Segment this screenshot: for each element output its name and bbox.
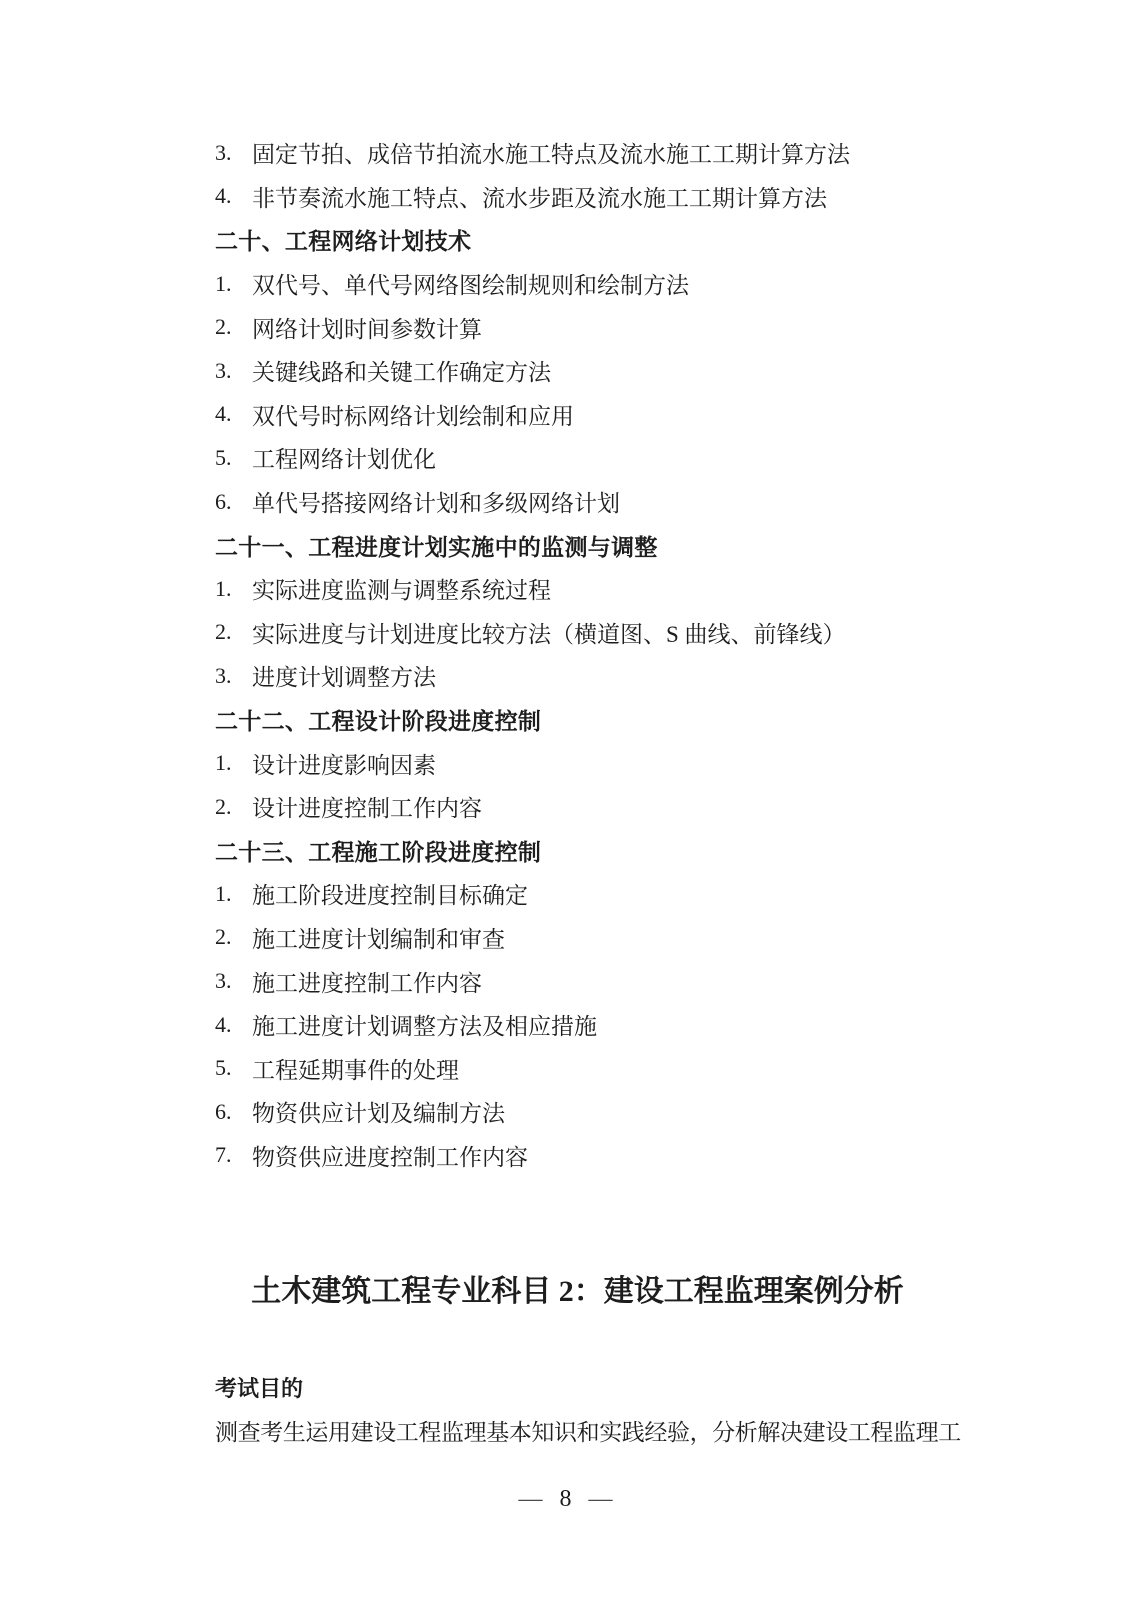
list-item: 1. 设计进度影响因素 [215,741,960,785]
page-number: 8 [560,1486,572,1512]
list-item: 3. 关键线路和关键工作确定方法 [215,349,960,393]
list-item-text: 进度计划调整方法 [252,659,436,692]
list-item-number: 4. [215,183,252,209]
footer-dash: — [519,1486,543,1512]
list-item-number: 5. [215,1055,252,1081]
section-heading: 二十一、工程进度计划实施中的监测与调整 [215,523,960,567]
section-heading: 二十三、工程施工阶段进度控制 [215,829,960,873]
list-item-number: 6. [215,1099,252,1125]
list-item-text: 网络计划时间参数计算 [252,311,482,344]
list-item: 6. 物资供应计划及编制方法 [215,1090,960,1134]
list-item: 2. 实际进度与计划进度比较方法（横道图、S 曲线、前锋线） [215,611,960,655]
list-item-number: 2. [215,314,252,340]
list-item-number: 3. [215,140,252,166]
list-item: 7. 物资供应进度控制工作内容 [215,1134,960,1178]
list-item-number: 1. [215,750,252,776]
list-item-text: 实际进度监测与调整系统过程 [252,572,551,605]
list-item: 2. 施工进度计划编制和审查 [215,916,960,960]
list-item-number: 4. [215,401,252,427]
list-item-number: 1. [215,881,252,907]
list-item-text: 施工阶段进度控制目标确定 [252,877,528,910]
list-item: 2. 网络计划时间参数计算 [215,305,960,349]
list-item: 1. 实际进度监测与调整系统过程 [215,567,960,611]
list-item-text: 设计进度控制工作内容 [252,790,482,823]
list-item-number: 1. [215,576,252,602]
list-item-text: 施工进度计划调整方法及相应措施 [252,1008,597,1041]
list-item: 4. 施工进度计划调整方法及相应措施 [215,1003,960,1047]
page-content: 3. 固定节拍、成倍节拍流水施工特点及流水施工工期计算方法 4. 非节奏流水施工… [215,131,960,1452]
list-item-number: 2. [215,924,252,950]
list-item-number: 7. [215,1142,252,1168]
list-item-text: 双代号时标网络计划绘制和应用 [252,398,574,431]
list-item-number: 2. [215,794,252,820]
section-heading: 二十、工程网络计划技术 [215,218,960,262]
section-heading: 二十二、工程设计阶段进度控制 [215,698,960,742]
list-item: 5. 工程延期事件的处理 [215,1046,960,1090]
list-item: 1. 双代号、单代号网络图绘制规则和绘制方法 [215,262,960,306]
list-item: 6. 单代号搭接网络计划和多级网络计划 [215,480,960,524]
list-item-text: 工程网络计划优化 [252,441,436,474]
list-item-text: 单代号搭接网络计划和多级网络计划 [252,485,620,518]
list-item-text: 施工进度控制工作内容 [252,965,482,998]
list-item: 3. 固定节拍、成倍节拍流水施工特点及流水施工工期计算方法 [215,131,960,175]
list-item: 1. 施工阶段进度控制目标确定 [215,872,960,916]
list-item: 4. 非节奏流水施工特点、流水步距及流水施工工期计算方法 [215,175,960,219]
list-item: 3. 进度计划调整方法 [215,654,960,698]
list-item-text: 双代号、单代号网络图绘制规则和绘制方法 [252,267,689,300]
document-page: 3. 固定节拍、成倍节拍流水施工特点及流水施工工期计算方法 4. 非节奏流水施工… [0,0,1131,1600]
list-item-number: 1. [215,271,252,297]
list-item-number: 3. [215,358,252,384]
list-item-number: 3. [215,968,252,994]
purpose-heading: 考试目的 [215,1365,960,1409]
list-item: 4. 双代号时标网络计划绘制和应用 [215,393,960,437]
list-item: 3. 施工进度控制工作内容 [215,959,960,1003]
list-item-text: 固定节拍、成倍节拍流水施工特点及流水施工工期计算方法 [252,136,850,169]
list-item-text: 工程延期事件的处理 [252,1052,459,1085]
list-item-number: 5. [215,445,252,471]
list-item-text: 设计进度影响因素 [252,747,436,780]
subject-title: 土木建筑工程专业科目 2：建设工程监理案例分析 [195,1269,960,1315]
list-item-text: 实际进度与计划进度比较方法（横道图、S 曲线、前锋线） [252,616,846,649]
list-item-text: 物资供应计划及编制方法 [252,1095,505,1128]
list-item-text: 物资供应进度控制工作内容 [252,1139,528,1172]
footer-dash: — [589,1486,613,1512]
list-item-number: 3. [215,663,252,689]
page-footer: —8— [0,1486,1131,1513]
list-item: 2. 设计进度控制工作内容 [215,785,960,829]
list-item-text: 施工进度计划编制和审查 [252,921,505,954]
list-item-number: 2. [215,619,252,645]
list-item-text: 关键线路和关键工作确定方法 [252,354,551,387]
purpose-paragraph: 测查考生运用建设工程监理基本知识和实践经验，分析解决建设工程监理工 [215,1409,960,1453]
list-item-number: 6. [215,489,252,515]
list-item-number: 4. [215,1012,252,1038]
list-item: 5. 工程网络计划优化 [215,436,960,480]
list-item-text: 非节奏流水施工特点、流水步距及流水施工工期计算方法 [252,180,827,213]
